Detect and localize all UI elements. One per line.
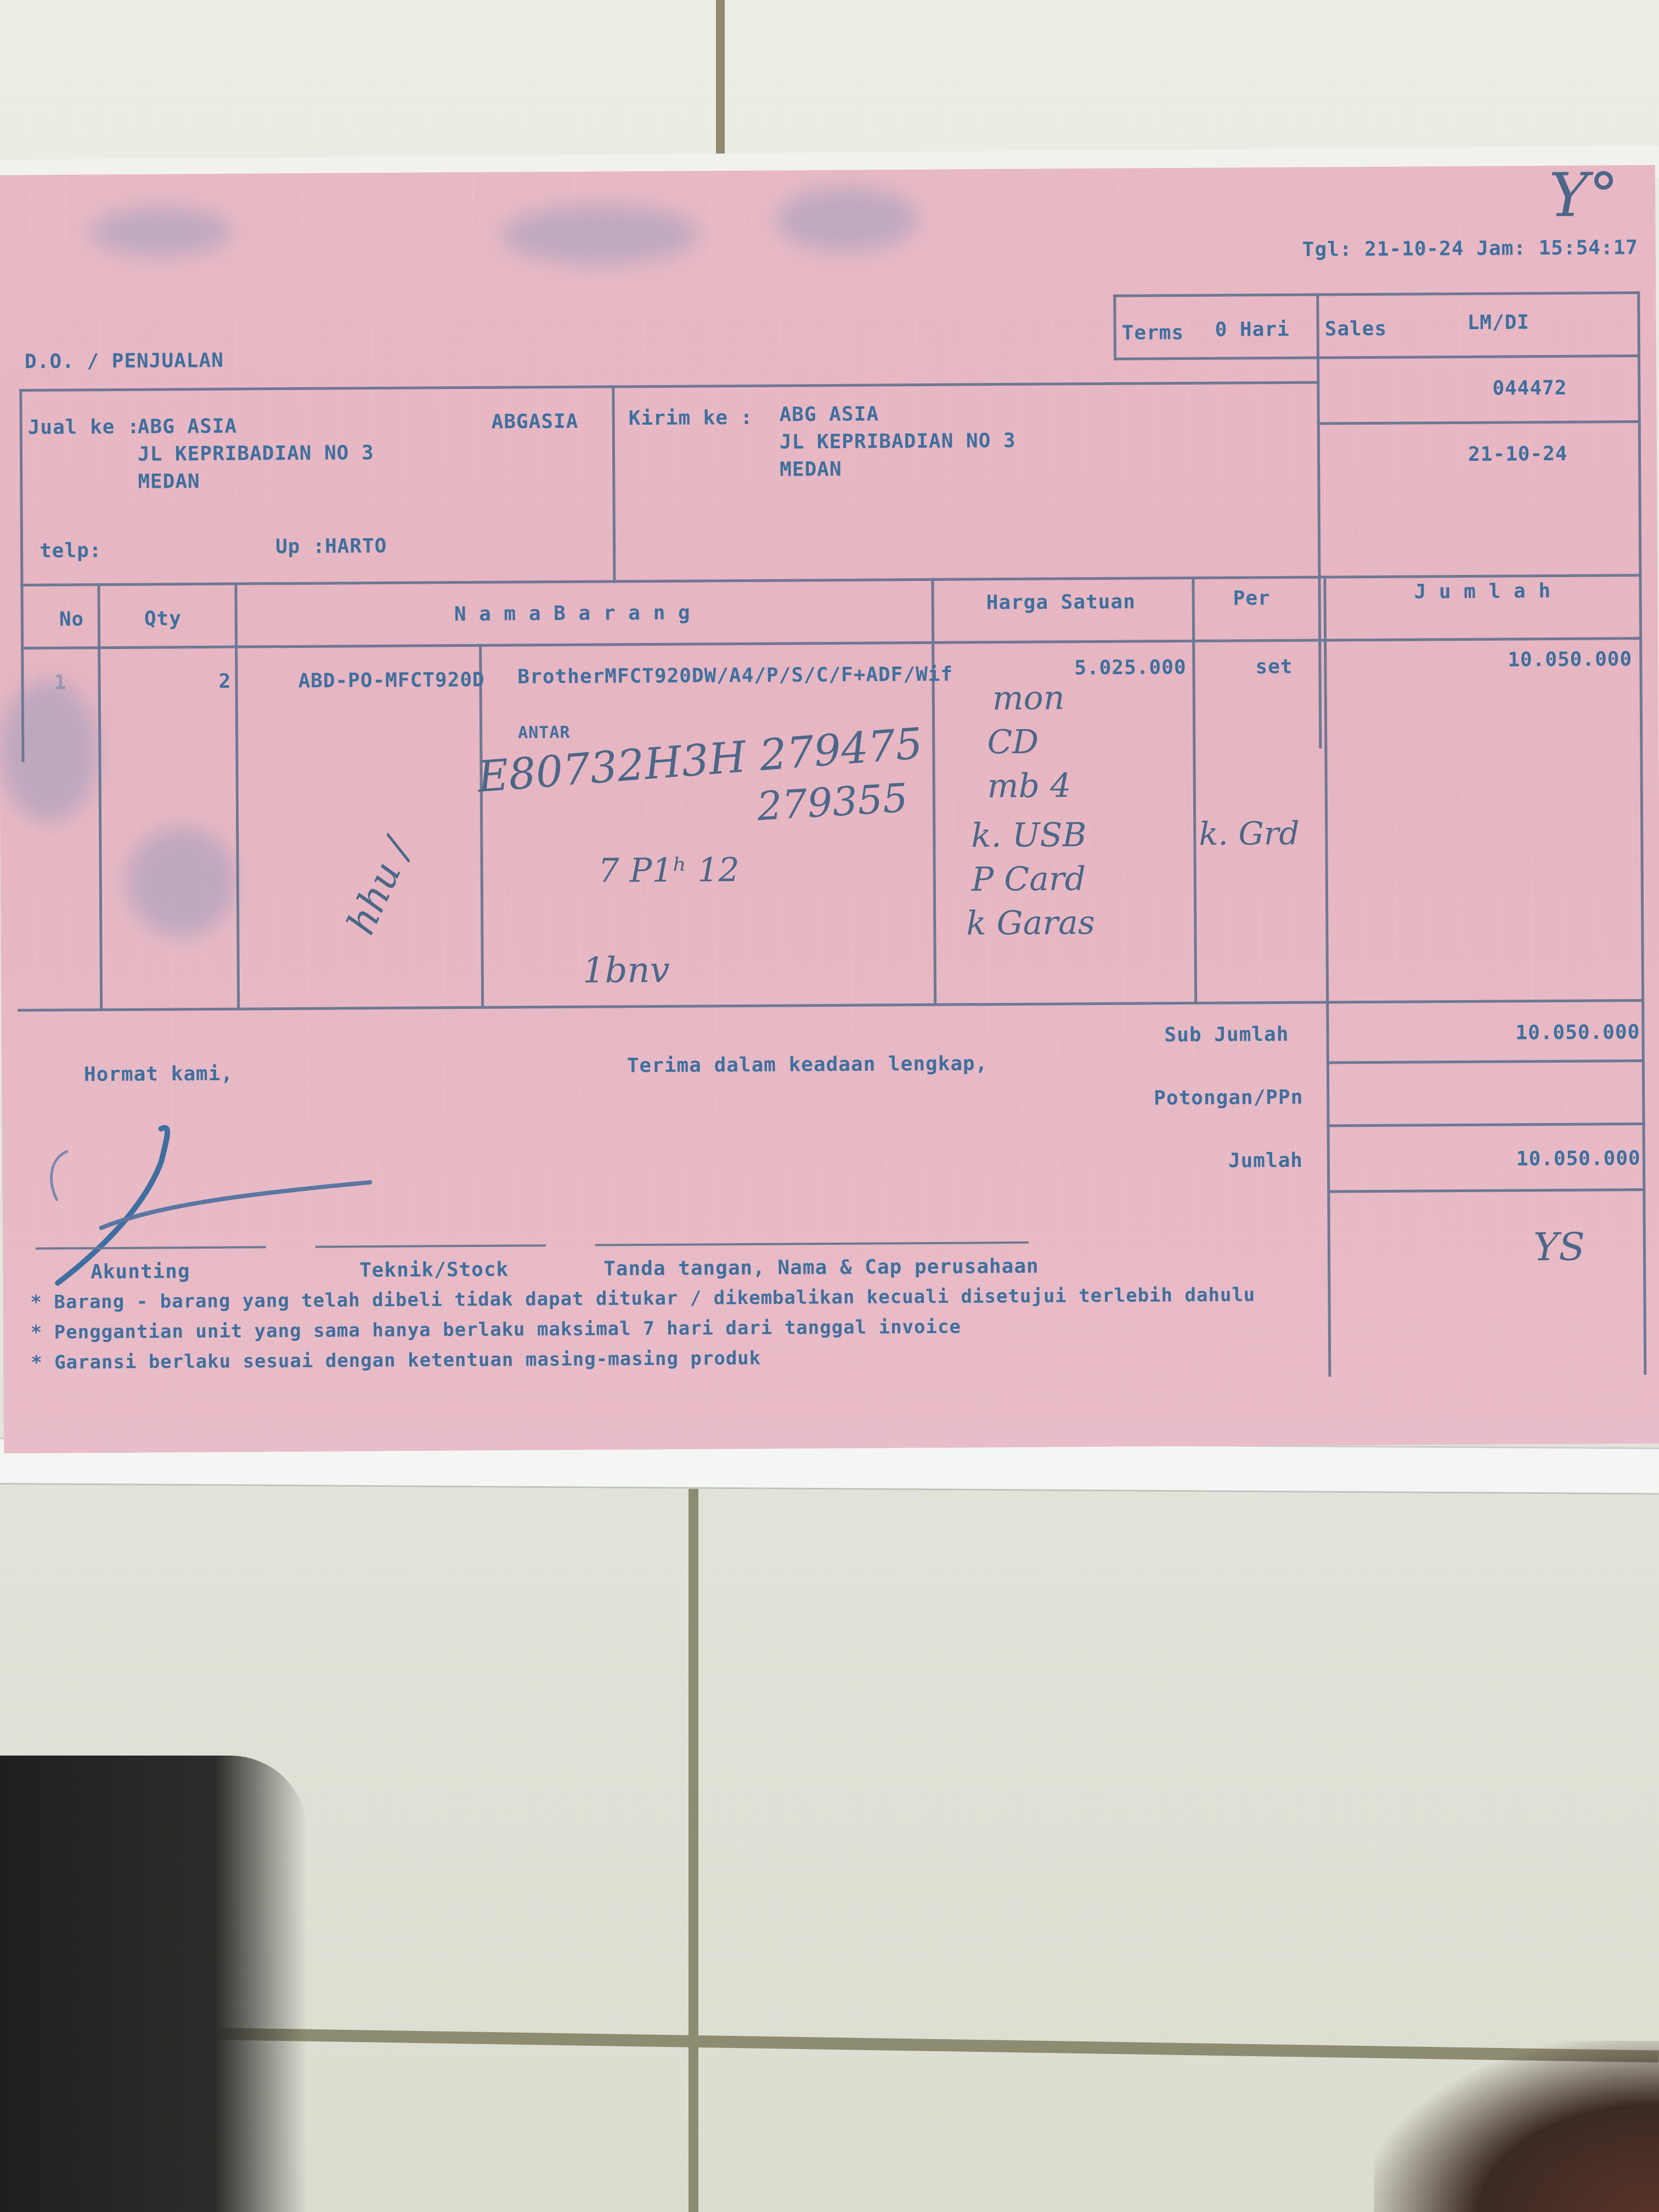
total-label: Jumlah [1228,1149,1303,1172]
note-price-col-4: k. USB [971,816,1087,855]
handwritten-mark-bottom: YS [1533,1224,1585,1270]
invoice-date: 21-10-24 [1468,443,1568,466]
signature-accounting-label: Akunting [91,1260,190,1283]
row-item-code: ABD-PO-MFCT920D [298,669,484,692]
document-type-title: D.O. / PENJUALAN [25,349,224,373]
col-header-no: No [59,608,84,630]
total-value: 10.050.000 [1516,1147,1641,1170]
ship-to-name: ABG ASIA [779,403,879,426]
up-label: Up : [275,535,325,558]
note-price-col-6: k Garas [966,904,1095,943]
invoice-sheet: Y° Tgl: 21-10-24 Jam: 15:54:17 D.O. / PE… [0,165,1659,1453]
note-price-col-3: mb 4 [988,766,1071,805]
sold-to-code: ABGASIA [492,410,579,433]
col-header-unit-price: Harga Satuan [986,591,1136,614]
ship-to-label: Kirim ke : [629,407,753,430]
col-header-item-name: N a m a B a r a n g [454,602,691,626]
invoice-number: 044472 [1492,377,1567,400]
ship-to-city: MEDAN [780,458,842,481]
tile-grout-vertical-top [716,0,725,154]
note-per-col: k. Grd [1199,815,1300,853]
ink-smudge [89,207,233,257]
telp-label: telp: [39,539,102,562]
note-price-col-2: CD [987,723,1039,762]
discount-label: Potongan/PPn [1154,1086,1303,1110]
note-price-col-1: mon [992,679,1065,718]
terms-label: Terms [1122,321,1184,345]
up-value: HARTO [325,535,387,558]
footer-note-3: * Garansi berlaku sesuai dengan ketentua… [31,1347,761,1374]
row-item-description: BrotherMFCT920DW/A4/P/S/C/F+ADF/Wif [517,663,953,689]
handwritten-initials: hhu / [338,832,420,941]
row-qty: 2 [218,670,231,693]
col-header-qty: Qty [144,607,182,630]
ink-smudge [126,827,236,937]
col-header-per: Per [1233,587,1271,610]
handwritten-bottom-note: 1bnv [583,950,670,991]
handwritten-serial-2: 279355 [756,775,909,830]
row-no: 1 [54,671,66,693]
signature-technical-label: Teknik/Stock [359,1259,509,1282]
signature-recipient-label: Tanda tangan, Nama & Cap perusahaan [603,1255,1039,1280]
ink-smudge [501,204,699,265]
sold-to-city: MEDAN [138,470,200,493]
ship-to-address: JL KEPRIBADIAN NO 3 [780,430,1016,454]
row-unit-price: 5.025.000 [1074,656,1186,679]
photographer-shadow [0,1756,307,2212]
object-shadow-corner [1374,2041,1659,2212]
row-item-note: ANTAR [518,723,571,743]
row-per: set [1255,656,1293,678]
sold-to-label: Jual ke : [28,416,140,439]
subtotal-label: Sub Jumlah [1164,1023,1289,1046]
sales-value: LM/DI [1467,311,1530,334]
received-text: Terima dalam keadaan lengkap, [627,1052,988,1077]
handwritten-middle-note: 7 P1ʰ 12 [598,851,740,890]
regards-text: Hormat kami, [84,1063,233,1086]
sold-to-name: ABG ASIA [138,415,238,438]
terms-value: 0 Hari [1215,318,1290,341]
sold-to-address: JL KEPRIBADIAN NO 3 [138,442,374,466]
handwritten-mark-top: Y° [1549,160,1619,230]
tile-grout-vertical-bottom [689,1476,698,2212]
ink-smudge [0,679,99,822]
col-header-total: J u m l a h [1414,580,1551,603]
subtotal-value: 10.050.000 [1515,1021,1640,1044]
ink-smudge [775,186,918,253]
row-total: 10.050.000 [1508,648,1632,671]
sales-label: Sales [1325,318,1387,341]
note-price-col-5: P Card [972,860,1086,899]
date-time-header: Tgl: 21-10-24 Jam: 15:54:17 [1302,236,1638,261]
